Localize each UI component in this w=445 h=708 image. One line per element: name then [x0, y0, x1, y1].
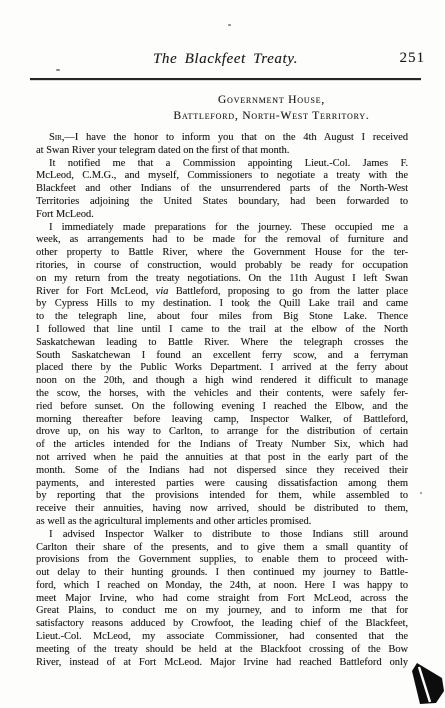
text-line: Territories adjoining the United States …: [36, 196, 408, 209]
text-line: I advised Inspector Walker to distribute…: [36, 529, 408, 542]
text-line: ritories, in course of construction, wou…: [36, 260, 408, 273]
text-line: receive their annuities, having now arri…: [36, 503, 408, 516]
text-line: Sir,—I have the honor to inform you that…: [36, 132, 408, 145]
text-line: month. Some of the Indians had not dispe…: [36, 465, 408, 478]
text-line: provisions from the Government supplies,…: [36, 554, 408, 567]
text-line: meet Major Irvine, who had come straight…: [36, 593, 408, 606]
text-line: meeting of the treaty should be held at …: [36, 644, 408, 657]
text-line: to the telegraph line, about four miles …: [36, 311, 408, 324]
text-line: Great Plains, to conduct me on my journe…: [36, 605, 408, 618]
scan-speck: [228, 24, 231, 26]
text-line: I followed that line until I came to the…: [36, 324, 408, 337]
paragraph: Sir,—I have the honor to inform you that…: [36, 132, 408, 158]
text-line: ried before sunset. On the following eve…: [36, 401, 408, 414]
text-line: the scow, the horses, with the vehicles …: [36, 388, 408, 401]
text-line: at Swan River your telegram dated on the…: [36, 145, 408, 158]
text-line: not arrived when he paid the annuities a…: [36, 452, 408, 465]
scan-speck: [56, 69, 60, 71]
text-line: week, as arrangements had to be made for…: [36, 234, 408, 247]
scan-speck: [420, 492, 422, 494]
letterhead-line1: Government House,: [134, 93, 410, 109]
text-line: Carlton their share of the presents, and…: [36, 542, 408, 555]
text-line: It notified me that a Commission appoint…: [36, 158, 408, 171]
scan-speck: [234, 247, 236, 249]
running-head-title: The Blackfeet Treaty.: [153, 51, 298, 67]
text-line: by reporting that the provisions intende…: [36, 490, 408, 503]
running-head: The Blackfeet Treaty.: [30, 0, 421, 68]
text-line: as well as the agricultural implements a…: [36, 516, 408, 529]
text-line: Fort McLeod.: [36, 209, 408, 222]
text-line: Saskatchewan leading to Battle River. Wh…: [36, 337, 408, 350]
text-line: noon on the 20th, and though a high wind…: [36, 375, 408, 388]
text-line: placed there by the Public Works Departm…: [36, 362, 408, 375]
page-corner-artifact: [408, 663, 445, 705]
text-line: South Saskatchewan I found an excellent …: [36, 350, 408, 363]
paragraph: I advised Inspector Walker to distribute…: [36, 529, 408, 670]
scan-speck: [247, 304, 249, 307]
text-line: ford, which I reached on Monday, the 24t…: [36, 580, 408, 593]
text-line: by Cypress Hills to my destination. I to…: [36, 298, 408, 311]
paragraph: It notified me that a Commission appoint…: [36, 158, 408, 222]
header-rule: [30, 78, 421, 80]
text-line: on my return from the treaty negotiation…: [36, 273, 408, 286]
book-page: The Blackfeet Treaty. 251 Government Hou…: [0, 0, 445, 708]
text-line: I immediately made preparations for the …: [36, 222, 408, 235]
text-line: drove up, on his way to Carlton, to arra…: [36, 426, 408, 439]
page-number: 251: [400, 50, 426, 66]
text-line: satisfactory reasons adduced by Crowfoot…: [36, 618, 408, 631]
text-line: Blackfeet and other Indians of the unsur…: [36, 183, 408, 196]
text-line: Lieut.-Col. McLeod, my associate Commiss…: [36, 631, 408, 644]
letter-body: Sir,—I have the honor to inform you that…: [36, 132, 408, 669]
text-line: morning thereafter before leaving camp, …: [36, 414, 408, 427]
letterhead-line2: Battleford, North-West Territory.: [134, 109, 410, 125]
text-line: River for Fort McLeod, via Battleford, p…: [36, 286, 408, 299]
text-line: out delay to their hunting grounds. I th…: [36, 567, 408, 580]
text-line: McLeod, C.M.G., and myself, Commissioner…: [36, 170, 408, 183]
letterhead: Government House, Battleford, North-West…: [134, 93, 410, 124]
text-line: River, instead of at Fort McLeod. Major …: [36, 657, 408, 670]
text-line: other property to Battle River, where th…: [36, 247, 408, 260]
text-line: payments, and interested parties were ca…: [36, 478, 408, 491]
paragraph: I immediately made preparations for the …: [36, 222, 408, 529]
text-line: of the articles intended for the Indians…: [36, 439, 408, 452]
